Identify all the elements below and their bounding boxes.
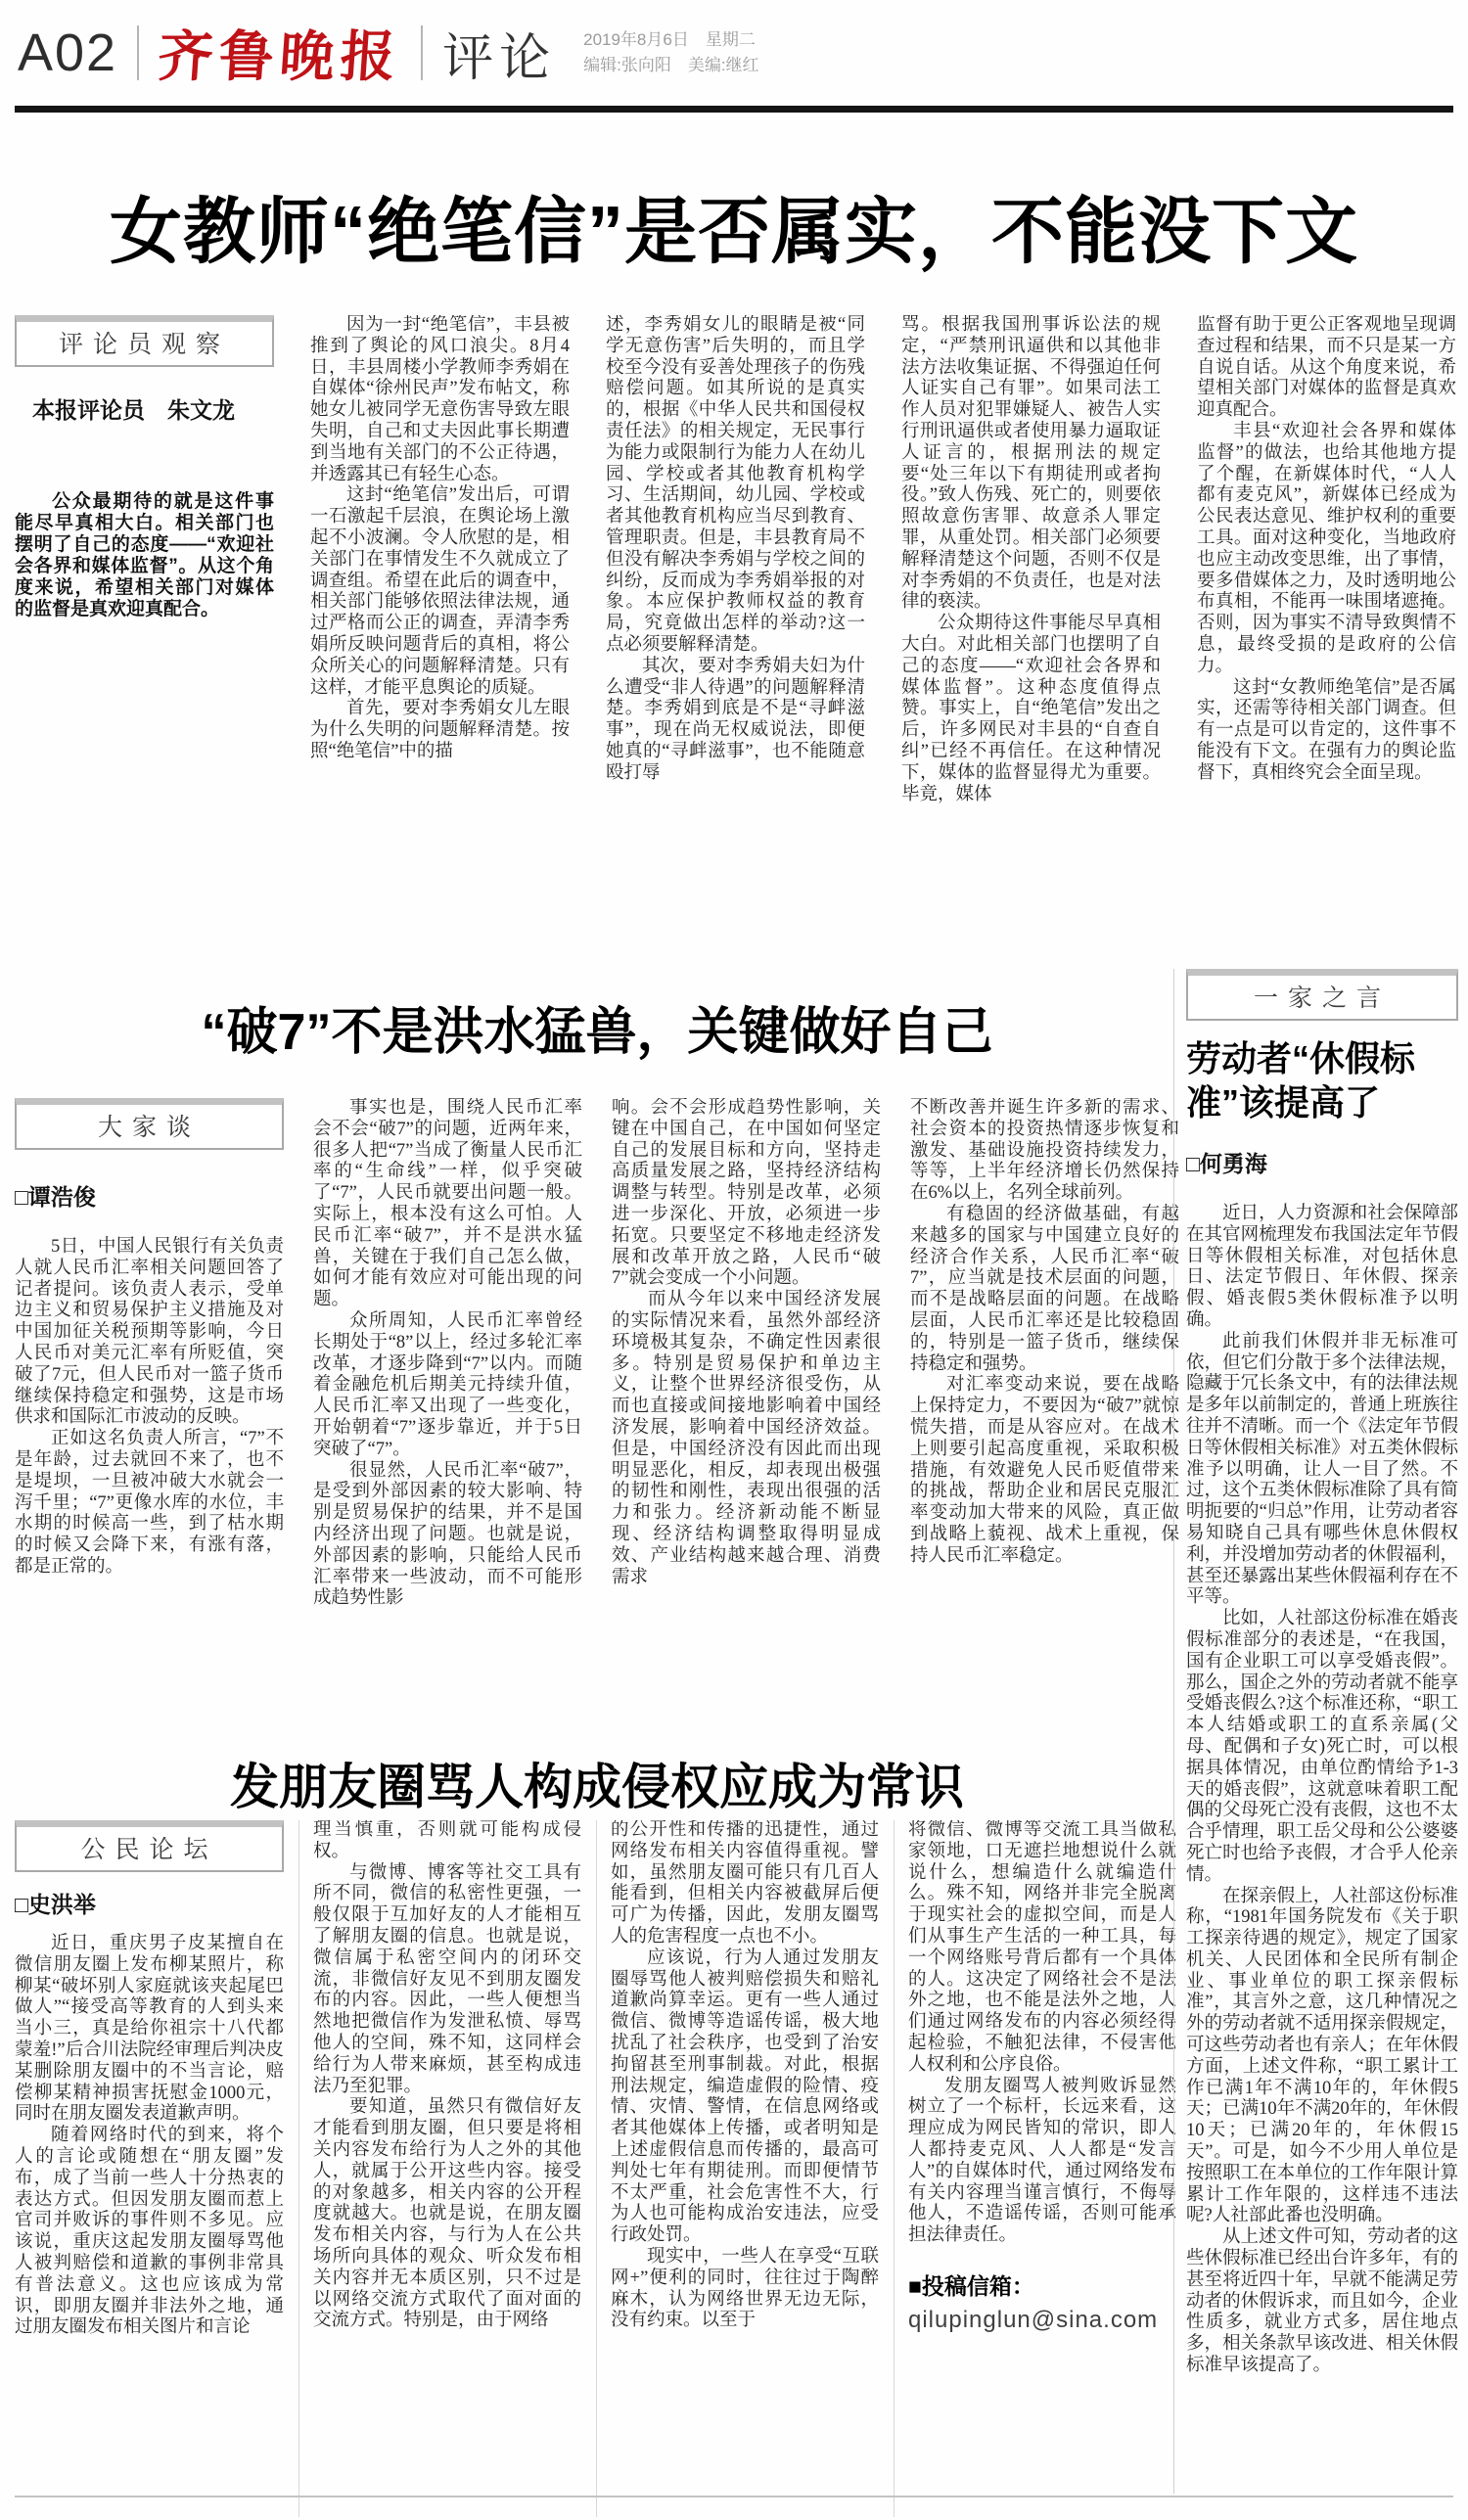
- article1-column-3: 述，李秀娟女儿的眼睛是被“同学无意伤害”后失明的，而且学校至今没有妥善处理孩子的…: [606, 315, 865, 920]
- paragraph: 现实中，一些人在享受“互联网+”便利的同时，往往过于陶醉麻木，认为网络世界无边无…: [611, 2247, 879, 2332]
- article3-column-1-text: 近日，重庆男子皮某擅自在微信朋友圈上发布柳某照片，称柳某“破坏别人家庭就该夹起尾…: [15, 1934, 284, 2339]
- paragraph: 要知道，虽然只有微信好友才能看到朋友圈，但只要是将相关内容发布给行为人之外的其他…: [313, 2097, 581, 2332]
- paragraph: 与微博、博客等社交工具有所不同，微信的私密性更强，一般仅限于互加好友的人才能相互…: [313, 1863, 581, 2098]
- article3-column-1: 公民论坛 □史洪举 近日，重庆男子皮某擅自在微信朋友圈上发布柳某照片，称柳某“破…: [15, 1820, 284, 2517]
- article2-column-2: 事实也是，围绕人民币汇率会不会“破7”的问题，近两年来，很多人把“7”当成了衡量…: [313, 1098, 582, 1724]
- date-editors-block: 2019年8月6日 星期二 编辑:张向阳 美编:继红: [583, 27, 758, 78]
- article2-column-4: 不断改善并诞生许多新的需求、社会资本的投资热情逐步恢复和激发、基础设施投资持续发…: [910, 1098, 1179, 1724]
- sidebar-divider: [1173, 969, 1174, 2494]
- section-title: 评论: [442, 17, 556, 90]
- article1-column-2: 因为一封“绝笔信”，丰县被推到了舆论的风口浪尖。8月4日，丰县周楼小学教师李秀娟…: [310, 315, 570, 920]
- paragraph: 这封“女教师绝笔信”是否属实，还需等待相关部门调查。但有一点是可以肯定的，这件事…: [1197, 678, 1456, 785]
- paragraph: 因为一封“绝笔信”，丰县被推到了舆论的风口浪尖。8月4日，丰县周楼小学教师李秀娟…: [310, 315, 570, 485]
- article2-byline: □谭浩俊: [15, 1179, 284, 1212]
- article1-columns: 评论员观察 本报评论员 朱文龙 公众最期待的就是这件事能尽早真相大白。相关部门也…: [15, 315, 1458, 920]
- mailbox-email: qilupinglun@sina.com: [908, 2307, 1176, 2334]
- paragraph: 在探亲假上，人社部这份标准称，“1981年国务院发布《关于职工探亲待遇的规定》，…: [1186, 1887, 1458, 2228]
- article2-column-1: 大家谈 □谭浩俊 5日，中国人民银行有关负责人就人民币汇率相关问题回答了记者提问…: [15, 1098, 284, 1724]
- article3-column-3: 的公开性和传播的迅捷性，通过网络发布相关内容值得重视。譬如，虽然朋友圈可能只有几…: [596, 1820, 879, 2517]
- article3-byline: □史洪举: [15, 1887, 284, 1919]
- paragraph: 5日，中国人民银行有关负责人就人民币汇率相关问题回答了记者提问。该负责人表示，受…: [15, 1237, 284, 1429]
- header-divider: [137, 25, 139, 80]
- article3-column-4-text: 将微信、微博等交流工具当做私家领地，口无遮拦地想说什么就说什么，想编造什么就编造…: [908, 1820, 1176, 2247]
- article2-column-1-text: 5日，中国人民银行有关负责人就人民币汇率相关问题回答了记者提问。该负责人表示，受…: [15, 1237, 284, 1579]
- article3-label: 公民论坛: [15, 1820, 284, 1872]
- bottom-rule: [15, 2496, 1453, 2497]
- paragraph: 此前我们休假并非无标准可依，但它们分散于多个法律法规，隐藏于冗长条文中，有的法律…: [1186, 1332, 1458, 1609]
- paragraph: 对汇率变动来说，要在战略上保持定力，不要因为“破7”就惊慌失措，而是从容应对。在…: [910, 1375, 1179, 1567]
- editors-line: 编辑:张向阳 美编:继红: [583, 53, 758, 78]
- sidebar-label: 一家之言: [1186, 969, 1458, 1021]
- paragraph: 其次，要对李秀娟夫妇为什么遭受“非人待遇”的问题解释清楚。李秀娟到底是不是“寻衅…: [606, 657, 865, 785]
- paragraph: 而从今年以来中国经济发展的实际情况来看，虽然外部经济环境极其复杂，不确定性因素很…: [612, 1290, 881, 1588]
- article2-columns: 大家谈 □谭浩俊 5日，中国人民银行有关负责人就人民币汇率相关问题回答了记者提问…: [15, 1098, 1179, 1724]
- article1-column-1: 评论员观察 本报评论员 朱文龙 公众最期待的就是这件事能尽早真相大白。相关部门也…: [15, 315, 274, 920]
- paragraph: 近日，重庆男子皮某擅自在微信朋友圈上发布柳某照片，称柳某“破坏别人家庭就该夹起尾…: [15, 1934, 284, 2126]
- paragraph: 从上述文件可知，劳动者的这些休假标准已经出台许多年，有的甚至将近四十年，早就不能…: [1186, 2227, 1458, 2377]
- sidebar-title: 劳动者“休假标准”该提高了: [1186, 1036, 1458, 1124]
- paragraph: 不断改善并诞生许多新的需求、社会资本的投资热情逐步恢复和激发、基础设施投资持续发…: [910, 1098, 1179, 1205]
- article3-column-4: 将微信、微博等交流工具当做私家领地，口无遮拦地想说什么就说什么，想编造什么就编造…: [894, 1820, 1176, 2517]
- masthead-logo: 齐鲁晚报: [156, 14, 404, 92]
- paragraph: 的公开性和传播的迅捷性，通过网络发布相关内容值得重视。譬如，虽然朋友圈可能只有几…: [611, 1820, 879, 1948]
- paragraph: 理当慎重，否则就可能构成侵权。: [313, 1820, 581, 1863]
- paragraph: 骂。根据我国刑事诉讼法的规定，“严禁刑讯逼供和以其他非法方法收集证据、不得强迫任…: [901, 315, 1161, 614]
- page-number: A02: [18, 23, 117, 83]
- sidebar-text: 近日，人力资源和社会保障部在其官网梳理发布我国法定年节假日等休假相关标准，对包括…: [1186, 1204, 1458, 2377]
- page-header: A02 齐鲁晚报 评论 2019年8月6日 星期二 编辑:张向阳 美编:继红: [18, 14, 1446, 92]
- article3-columns: 公民论坛 □史洪举 近日，重庆男子皮某擅自在微信朋友圈上发布柳某照片，称柳某“破…: [15, 1820, 1179, 2517]
- paragraph: 首先，要对李秀娟女儿左眼为什么失明的问题解释清楚。按照“绝笔信”中的描: [310, 699, 570, 762]
- mailbox-block: ■投稿信箱： qilupinglun@sina.com: [908, 2268, 1176, 2334]
- article2-label: 大家谈: [15, 1098, 284, 1150]
- header-rule: [15, 106, 1453, 113]
- paragraph: 比如，人社部这份标准在婚丧假标准部分的表述是，“在我国，国有企业职工可以享受婚丧…: [1186, 1609, 1458, 1886]
- article1-label: 评论员观察: [15, 315, 274, 367]
- paragraph: 将微信、微博等交流工具当做私家领地，口无遮拦地想说什么就说什么，想编造什么就编造…: [908, 1820, 1176, 2077]
- mailbox-label: ■投稿信箱：: [908, 2268, 1176, 2301]
- paragraph: 丰县“欢迎社会各界和媒体监督”的做法，也给其他地方提了个醒，在新媒体时代，“人人…: [1197, 422, 1456, 678]
- paragraph: 随着网络时代的到来，将个人的言论或随想在“朋友圈”发布，成了当前一些人十分热衷的…: [15, 2126, 284, 2339]
- article1-column-5: 监督有助于更公正客观地呈现调查过程和结果，而不只是某一方自说自话。从这个角度来说…: [1197, 315, 1456, 920]
- article1-headline: 女教师“绝笔信”是否属实，不能没下文: [15, 174, 1453, 278]
- paragraph: 很显然，人民币汇率“破7”，是受到外部因素的较大影响、特别是贸易保护的结果，并不…: [313, 1461, 582, 1611]
- paragraph: 近日，人力资源和社会保障部在其官网梳理发布我国法定年节假日等休假相关标准，对包括…: [1186, 1204, 1458, 1332]
- date-line: 2019年8月6日 星期二: [583, 27, 758, 53]
- paragraph: 响。会不会形成趋势性影响，关键在中国自己，在中国如何坚定自己的发展目标和方向，坚…: [612, 1098, 881, 1290]
- paragraph: 发朋友圈骂人被判败诉显然树立了一个标杆，长远来看，这理应成为网民皆知的常识，即人…: [908, 2077, 1176, 2247]
- paragraph: 众所周知，人民币汇率曾经长期处于“8”以上，经过多轮汇率改革，才逐步降到“7”以…: [313, 1311, 582, 1461]
- paragraph: 应该说，行为人通过发朋友圈辱骂他人被判赔偿损失和赔礼道歉尚算幸运。更有一些人通过…: [611, 1948, 879, 2247]
- paragraph: 有稳固的经济做基础，有越来越多的国家与中国建立良好的经济合作关系，人民币汇率“破…: [910, 1205, 1179, 1375]
- article3-column-2: 理当慎重，否则就可能构成侵权。与微博、博客等社交工具有所不同，微信的私密性更强，…: [298, 1820, 581, 2517]
- paragraph: 正如这名负责人所言，“7”不是年龄，过去就回不来了，也不是堤坝，一旦被冲破大水就…: [15, 1429, 284, 1579]
- paragraph: 这封“绝笔信”发出后，可谓一石激起千层浪，在舆论场上激起不小波澜。令人欣慰的是，…: [310, 485, 570, 699]
- header-divider: [421, 25, 423, 80]
- paragraph: 监督有助于更公正客观地呈现调查过程和结果，而不只是某一方自说自话。从这个角度来说…: [1197, 315, 1456, 422]
- article1-column-4: 骂。根据我国刑事诉讼法的规定，“严禁刑讯逼供和以其他非法方法收集证据、不得强迫任…: [901, 315, 1161, 920]
- article2-headline: “破7”不是洪水猛兽，关键做好自己: [15, 990, 1179, 1064]
- sidebar-opinion: 一家之言 劳动者“休假标准”该提高了 □何勇海 近日，人力资源和社会保障部在其官…: [1186, 969, 1458, 2377]
- article1-intro: 公众最期待的就是这件事能尽早真相大白。相关部门也摆明了自己的态度——“欢迎社会各…: [15, 491, 274, 620]
- paragraph: 事实也是，围绕人民币汇率会不会“破7”的问题，近两年来，很多人把“7”当成了衡量…: [313, 1098, 582, 1311]
- article2-column-3: 响。会不会形成趋势性影响，关键在中国自己，在中国如何坚定自己的发展目标和方向，坚…: [612, 1098, 881, 1724]
- article1-byline: 本报评论员 朱文龙: [15, 392, 274, 425]
- sidebar-byline: □何勇海: [1186, 1146, 1458, 1178]
- paragraph: 述，李秀娟女儿的眼睛是被“同学无意伤害”后失明的，而且学校至今没有妥善处理孩子的…: [606, 315, 865, 657]
- article3-headline: 发朋友圈骂人构成侵权应成为常识: [15, 1748, 1179, 1818]
- newspaper-page: A02 齐鲁晚报 评论 2019年8月6日 星期二 编辑:张向阳 美编:继红 女…: [0, 0, 1468, 2520]
- paragraph: 公众期待这件事能尽早真相大白。对此相关部门也摆明了自己的态度——“欢迎社会各界和…: [901, 614, 1161, 805]
